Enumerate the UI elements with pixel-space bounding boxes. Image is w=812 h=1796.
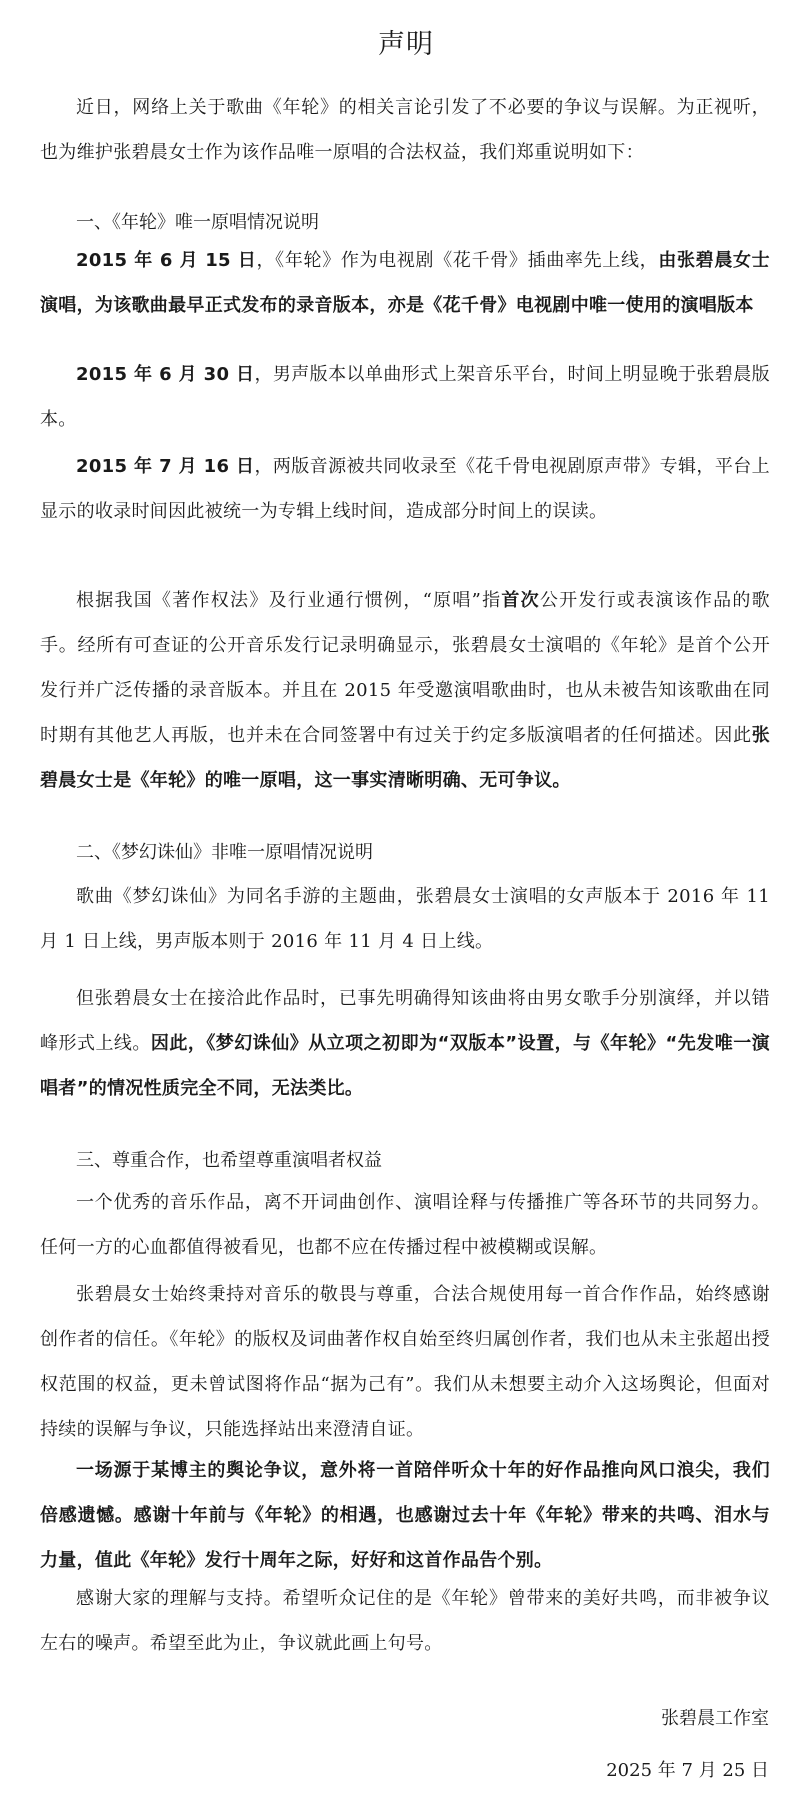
bold-text-run: 2015 年 6 月 30 日 — [76, 364, 254, 385]
bold-text-run: 一场源于某博主的舆论争议，意外将一首陪伴听众十年的好作品推向风口浪尖，我们倍感遗… — [40, 1460, 770, 1571]
intro-paragraph: 近日，网络上关于歌曲《年轮》的相关言论引发了不必要的争议与误解。为正视听，也为维… — [40, 85, 770, 175]
text-run: ，《年轮》作为电视剧《花千骨》插曲率先上线， — [257, 250, 659, 271]
text-run: 一个优秀的音乐作品，离不开词曲创作、演唱诠释与传播推广等各环节的共同努力。任何一… — [40, 1192, 770, 1258]
bold-text-run: 2015 年 7 月 16 日 — [76, 456, 254, 477]
section-2-paragraph-2: 但张碧晨女士在接洽此作品时，已事先明确得知该曲将由男女歌手分别演绎，并以错峰形式… — [40, 976, 770, 1111]
section-3-heading: 三、尊重合作，也希望尊重演唱者权益 — [76, 1138, 382, 1183]
text-run: 歌曲《梦幻诛仙》为同名手游的主题曲，张碧晨女士演唱的女声版本于 2016 年 1… — [40, 886, 770, 952]
section-1-paragraph-4: 根据我国《著作权法》及行业通行惯例，“原唱”指首次公开发行或表演该作品的歌手。经… — [40, 578, 770, 803]
section-1-paragraph-2: 2015 年 6 月 30 日，男声版本以单曲形式上架音乐平台，时间上明显晚于张… — [40, 352, 770, 442]
text-run: 张碧晨女士始终秉持对音乐的敬畏与尊重，合法合规使用每一首合作作品，始终感谢创作者… — [40, 1284, 770, 1440]
section-2-paragraph-1: 歌曲《梦幻诛仙》为同名手游的主题曲，张碧晨女士演唱的女声版本于 2016 年 1… — [40, 874, 770, 964]
signature-organization: 张碧晨工作室 — [661, 1704, 769, 1734]
signature-date: 2025 年 7 月 25 日 — [606, 1756, 769, 1786]
text-run: 根据我国《著作权法》及行业通行惯例，“原唱”指 — [76, 590, 501, 611]
bold-text-run: 2015 年 6 月 15 日 — [76, 250, 257, 271]
section-3-paragraph-2: 张碧晨女士始终秉持对音乐的敬畏与尊重，合法合规使用每一首合作作品，始终感谢创作者… — [40, 1272, 770, 1452]
page-title: 声明 — [0, 22, 812, 61]
text-run: 公开发行或表演该作品的歌手。经所有可查证的公开音乐发行记录明确显示，张碧晨女士演… — [40, 590, 770, 746]
section-1-paragraph-3: 2015 年 7 月 16 日，两版音源被共同收录至《花千骨电视剧原声带》专辑，… — [40, 444, 770, 534]
text-run: 感谢大家的理解与支持。希望听众记住的是《年轮》曾带来的美好共鸣，而非被争议左右的… — [40, 1588, 770, 1654]
bold-text-run: 首次 — [501, 590, 540, 611]
section-3-paragraph-3: 一场源于某博主的舆论争议，意外将一首陪伴听众十年的好作品推向风口浪尖，我们倍感遗… — [40, 1448, 770, 1583]
section-2-heading: 二、《梦幻诛仙》非唯一原唱情况说明 — [76, 830, 373, 875]
statement-page: 声明 近日，网络上关于歌曲《年轮》的相关言论引发了不必要的争议与误解。为正视听，… — [0, 0, 812, 1796]
section-3-paragraph-1: 一个优秀的音乐作品，离不开词曲创作、演唱诠释与传播推广等各环节的共同努力。任何一… — [40, 1180, 770, 1270]
section-3-paragraph-4: 感谢大家的理解与支持。希望听众记住的是《年轮》曾带来的美好共鸣，而非被争议左右的… — [40, 1576, 770, 1666]
section-1-paragraph-1: 2015 年 6 月 15 日，《年轮》作为电视剧《花千骨》插曲率先上线，由张碧… — [40, 238, 770, 328]
